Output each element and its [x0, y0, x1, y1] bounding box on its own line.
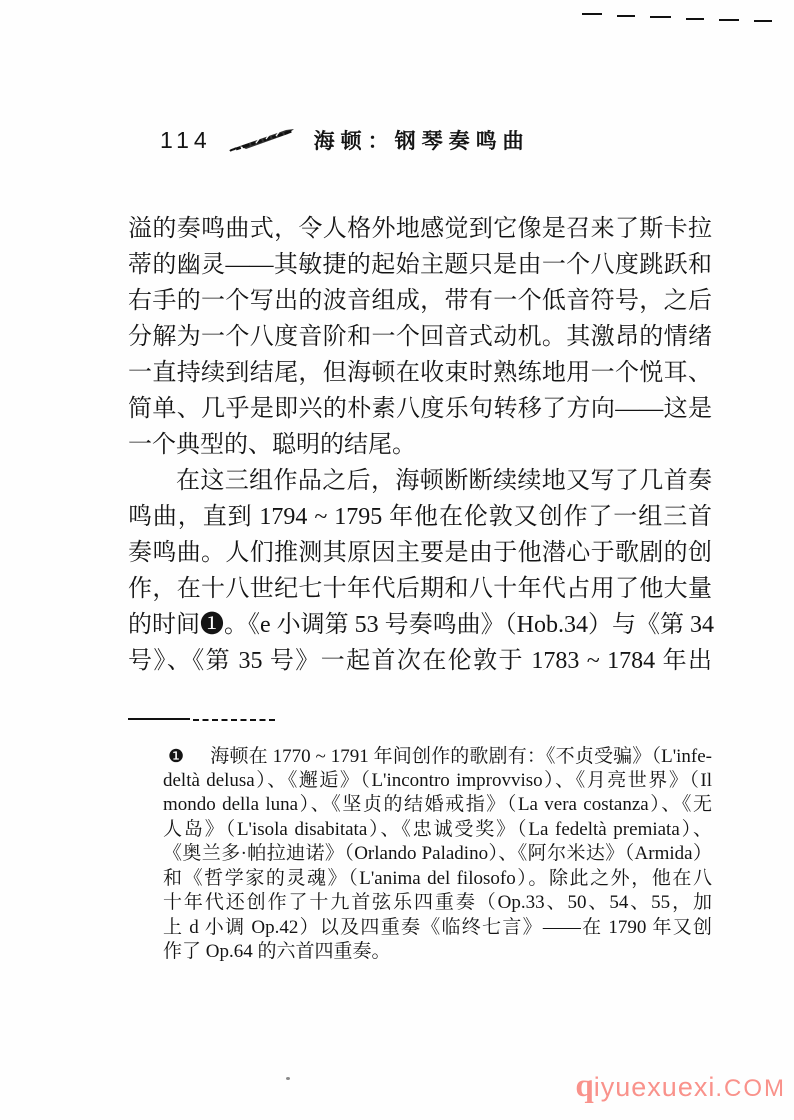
body-line: 蒂的幽灵——其敏捷的起始主题只是由一个八度跳跃和: [128, 247, 712, 283]
footnote-line: 和《哲学家的灵魂》（L'anima del filosofo）。除此之外，他在八: [163, 867, 712, 892]
scan-artifact-dot: [286, 1077, 290, 1080]
footnote-line: deltà delusa）、《邂逅》（L'incontro improvviso…: [163, 769, 712, 794]
footnote-marker: ❶: [168, 744, 184, 769]
quill-ornament-icon: [226, 125, 304, 155]
body-line: 简单、几乎是即兴的朴素八度乐句转移了方向——这是: [128, 391, 712, 427]
running-title: 海顿：钢琴奏鸣曲: [314, 125, 530, 155]
body-line: 鸣曲，直到 1794 ~ 1795 年他在伦敦又创作了一组三首: [128, 499, 712, 535]
body-line: 右手的一个写出的波音组成，带有一个低音符号，之后: [128, 283, 712, 319]
watermark-text: iyuexuexi: [594, 1072, 716, 1102]
footnote-line: mondo della luna）、《坚贞的结婚戒指》（La vera cost…: [163, 793, 712, 818]
body-line: 作，在十八世纪七十年代后期和八十年代占用了他大量: [128, 571, 712, 607]
footnote-block: ❶海顿在 1770 ~ 1791 年间创作的歌剧有：《不贞受骗》（L'infe-…: [163, 744, 712, 965]
body-line: 溢的奏鸣曲式，令人格外地感觉到它像是召来了斯卡拉: [128, 211, 712, 247]
body-line: 的时间❶。《e 小调第 53 号奏鸣曲》（Hob.34）与《第 34: [128, 607, 712, 643]
body-line: 一直持续到结尾，但海顿在收束时熟练地用一个悦耳、: [128, 355, 712, 391]
footnote-line: 《奥兰多·帕拉迪诺》（Orlando Paladino）、《阿尔米达》（Armi…: [163, 842, 712, 867]
footnote-line: ❶海顿在 1770 ~ 1791 年间创作的歌剧有：《不贞受骗》（L'infe-: [163, 744, 712, 769]
page-number: 114: [160, 127, 212, 154]
body-text: 溢的奏鸣曲式，令人格外地感觉到它像是召来了斯卡拉 蒂的幽灵——其敏捷的起始主题只…: [128, 211, 712, 679]
body-line: 分解为一个八度音阶和一个回音式动机。其激昂的情绪: [128, 319, 712, 355]
page-header: 114 海顿：钢琴奏鸣曲: [160, 124, 530, 156]
body-line: 在这三组作品之后，海顿断断续续地又写了几首奏: [128, 463, 712, 499]
footnote-line: 十年代还创作了十九首弦乐四重奏（Op.33、50、54、55，加: [163, 891, 712, 916]
site-watermark: qiyuexuexi.COM: [575, 1068, 786, 1105]
footnote-line: 作了 Op.64 的六首四重奏。: [163, 940, 712, 965]
footnote-divider: [128, 718, 275, 720]
footnote-line: 人岛》（L'isola disabitata）、《忠诚受奖》（La fedelt…: [163, 818, 712, 843]
body-line: 一个典型的、聪明的结尾。: [128, 427, 712, 463]
page-edge-dash-marks: [582, 13, 772, 15]
watermark-suffix: .COM: [715, 1075, 786, 1102]
watermark-initial: q: [575, 1068, 593, 1104]
book-page: 114 海顿：钢琴奏鸣曲 溢的奏鸣曲式，令人格外地感觉到它像是召来了斯卡拉 蒂的…: [0, 0, 794, 1120]
footnote-text: 海顿在 1770 ~ 1791 年间创作的歌剧有：《不贞受骗》（L'infe-: [210, 746, 712, 767]
body-line: 奏鸣曲。人们推测其原因主要是由于他潜心于歌剧的创: [128, 535, 712, 571]
footnote-line: 上 d 小调 Op.42）以及四重奏《临终七言》——在 1790 年又创: [163, 916, 712, 941]
body-line: 号》、《第 35 号》一起首次在伦敦于 1783 ~ 1784 年出: [128, 643, 712, 679]
